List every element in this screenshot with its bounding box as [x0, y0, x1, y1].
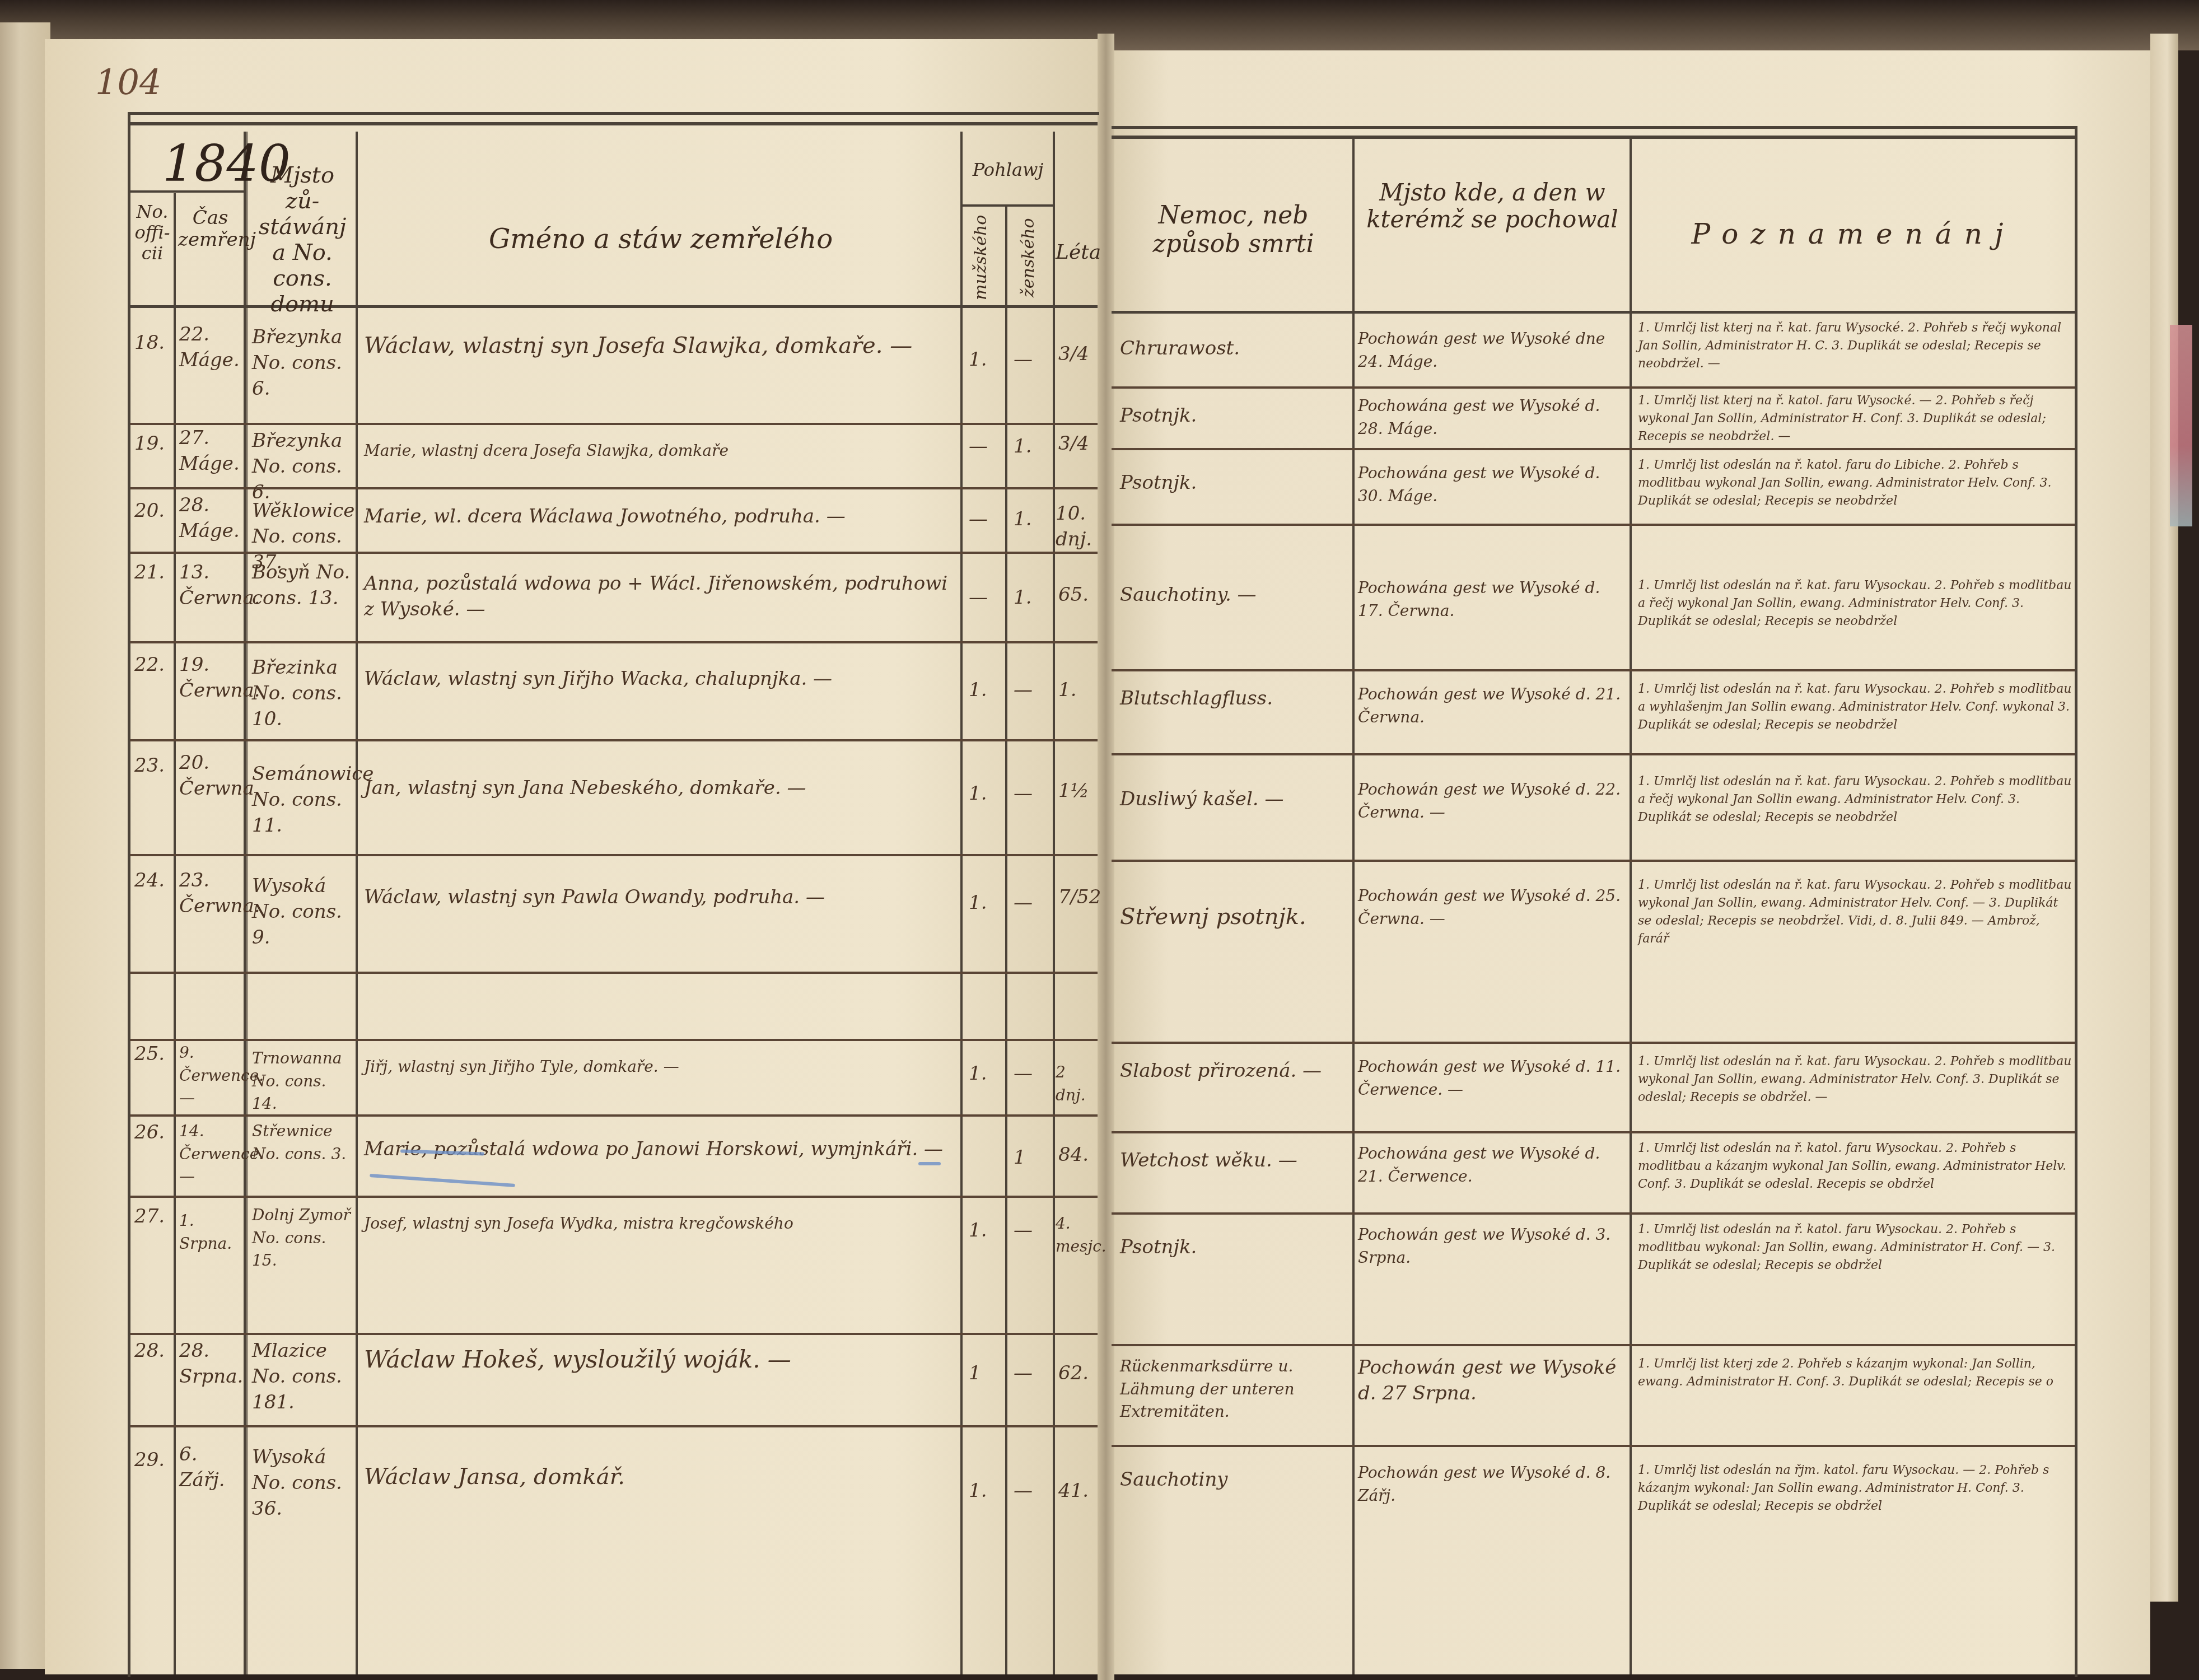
entry-name: Marie, wlastnj dcera Josefa Slawjka, dom… — [364, 440, 958, 463]
col-divider — [960, 132, 963, 1674]
right-top-rule — [1112, 136, 2075, 139]
entry-burial: Pochowán gest we Wysoké d. 11. Čerwence.… — [1358, 1056, 1627, 1101]
entry-male: 1. — [969, 347, 1002, 373]
entry-name: Marie, wl. dcera Wáclawa Jowotného, podr… — [364, 504, 958, 530]
entry-age: 3/4 — [1058, 342, 1095, 367]
entry-date: 27. Máge. — [179, 426, 244, 477]
entry-burial: Pochowán gest we Wysoké d. 27 Srpna. — [1358, 1355, 1627, 1407]
col-divider — [356, 132, 358, 1674]
entry-male: 1. — [969, 1218, 1002, 1244]
entry-female: 1. — [1014, 434, 1047, 460]
entry-age: 62. — [1058, 1361, 1095, 1387]
entry-cause: Psotnjk. — [1120, 470, 1350, 496]
row-rule — [130, 1039, 1098, 1041]
entry-male: — — [969, 434, 1002, 460]
entry-burial: Pochowána gest we Wysoké d. 30. Máge. — [1358, 462, 1627, 507]
entry-date: 23. Čerwna. — [179, 868, 244, 920]
left-top-rule — [130, 122, 1098, 125]
entry-cause: Sauchotiny — [1120, 1467, 1350, 1493]
header-notes: Poznamenánj — [1641, 218, 2066, 251]
entry-age: 3/4 — [1058, 431, 1095, 457]
entry-number: 21. — [134, 560, 174, 586]
row-rule — [1112, 1212, 2075, 1215]
entry-female: 1 — [1014, 1145, 1047, 1171]
entry-date: 22. Máge. — [179, 322, 244, 374]
entry-date: 9. Čerwence. — — [179, 1042, 244, 1110]
entry-burial: Pochowán gest we Wysoké d. 25. Čerwna. — — [1358, 885, 1627, 930]
entry-burial: Pochowán gest we Wysoké d. 8. Zářj. — [1358, 1462, 1627, 1507]
entry-burial: Pochowán gest we Wysoké d. 22. Čerwna. — — [1358, 778, 1627, 824]
row-rule — [1112, 524, 2075, 526]
entry-male: — — [969, 507, 1002, 533]
row-rule — [1112, 860, 2075, 862]
entry-place: Wysoká No. cons. 9. — [252, 874, 353, 951]
entry-male: 1. — [969, 781, 1002, 807]
entry-date: 20. Čerwna. — [179, 750, 244, 802]
entry-burial: Pochowána gest we Wysoké d. 21. Čerwence… — [1358, 1142, 1627, 1188]
entry-place: Březinka No. cons. 10. — [252, 655, 353, 732]
entry-number: 22. — [134, 652, 174, 678]
entry-cause: Wetchost wěku. — — [1120, 1148, 1350, 1174]
header-name: Gméno a stáw zemřelého — [364, 224, 958, 255]
entry-male: 1 — [969, 1361, 1002, 1387]
entry-notes: 1. Umrlčj list kterj na ř. katol. faru W… — [1638, 392, 2075, 446]
col-divider — [174, 193, 176, 1674]
entry-number: 23. — [134, 753, 174, 779]
entry-place: Trnowanna No. cons. 14. — [252, 1047, 353, 1116]
row-rule — [130, 423, 1098, 425]
entry-male: 1. — [969, 1478, 1002, 1504]
entry-name: Josef, wlastnj syn Josefa Wydka, mistra … — [364, 1212, 958, 1235]
entry-notes: 1. Umrlčj list kterj zde 2. Pohřeb s káz… — [1638, 1355, 2075, 1391]
entry-male: 1. — [969, 1061, 1002, 1087]
header-burial: Mjsto kde, a den w kterémž se pochowal — [1358, 179, 1627, 234]
entry-male: — — [969, 585, 1002, 611]
entry-female: — — [1014, 890, 1047, 916]
entry-female: 1. — [1014, 585, 1047, 611]
entry-date: 6. Zářj. — [179, 1442, 244, 1494]
row-rule — [1112, 669, 2075, 671]
entry-female: — — [1014, 1361, 1047, 1387]
entry-notes: 1. Umrlčj list odeslán na ř. katol. faru… — [1638, 1221, 2075, 1275]
entry-number: 27. — [134, 1204, 174, 1230]
entry-age: 41. — [1058, 1478, 1095, 1504]
page-number: 104 — [95, 62, 161, 102]
entry-date: 28. Srpna. — [179, 1338, 244, 1390]
header-time: Čas zemřenj — [178, 207, 242, 251]
entry-age: 1. — [1058, 678, 1095, 703]
entry-date: 14. Čerwence. — — [179, 1120, 244, 1188]
entry-notes: 1. Umrlčj list odeslán na ř. kat. faru W… — [1638, 680, 2075, 734]
entry-age: 10. dnj. — [1056, 501, 1095, 553]
left-page-stack — [0, 22, 50, 1669]
entry-cause: Psotnjk. — [1120, 1235, 1350, 1261]
entry-name: Wáclaw, wlastnj syn Josefa Slawjka, domk… — [364, 330, 958, 361]
entry-date: 13. Čerwna. — [179, 560, 244, 612]
entry-notes: 1. Umrlčj list odeslán na ř. katol. faru… — [1638, 456, 2075, 510]
entry-place: Březynka No. cons. 6. — [252, 325, 353, 402]
entry-cause: Dusliwý kašel. — — [1120, 787, 1350, 813]
entry-age: 84. — [1058, 1142, 1095, 1168]
header-bottom-rule — [1112, 311, 2075, 314]
entry-name: Wáclaw Jansa, domkář. — [364, 1462, 958, 1492]
entry-number: 25. — [134, 1042, 174, 1067]
row-rule — [130, 854, 1098, 856]
entry-cause: Psotnjk. — [1120, 403, 1350, 429]
entry-female: — — [1014, 347, 1047, 373]
header-number: No. offi-cii — [132, 202, 172, 263]
entry-cause: Sauchotiny. — — [1120, 582, 1350, 608]
row-rule — [1112, 386, 2075, 389]
entry-burial: Pochowána gest we Wysoké d. 17. Čerwna. — [1358, 577, 1627, 622]
entry-female: — — [1014, 781, 1047, 807]
entry-male: 1. — [969, 678, 1002, 703]
entry-name: Jiřj, wlastnj syn Jiřjho Tyle, domkaře. … — [364, 1056, 958, 1079]
entry-female: — — [1014, 1061, 1047, 1087]
entry-place: Střewnice No. cons. 3. — [252, 1120, 353, 1165]
entry-place: Mlazice No. cons. 181. — [252, 1338, 353, 1416]
row-rule — [1112, 1445, 2075, 1447]
entry-male: 1. — [969, 890, 1002, 916]
entry-name: Wáclaw Hokeš, wysloužilý woják. — — [364, 1344, 958, 1376]
col-divider — [1630, 137, 1632, 1674]
col-divider — [1352, 137, 1355, 1674]
row-rule — [130, 1333, 1098, 1335]
col-divider — [1053, 132, 1055, 1674]
row-rule — [130, 739, 1098, 741]
row-rule — [1112, 1131, 2075, 1133]
row-rule — [1112, 1344, 2075, 1346]
entry-cause: Slabost přirozená. — — [1120, 1058, 1350, 1084]
entry-cause: Střewnj psotnjk. — [1120, 902, 1350, 932]
entry-burial: Pochowán gest we Wysoké dne 24. Máge. — [1358, 328, 1627, 373]
right-page-stack — [2150, 34, 2178, 1602]
header-cause: Nemoc, neb způsob smrti — [1117, 202, 1350, 258]
entry-number: 19. — [134, 431, 174, 457]
entry-name: Marie, pozůstalá wdowa po Janowi Horskow… — [364, 1137, 958, 1163]
header-male: mužského — [972, 213, 991, 302]
header-divider — [960, 204, 1053, 207]
row-rule — [130, 641, 1098, 643]
entry-age: 2 dnj. — [1056, 1061, 1095, 1107]
open-register-book: 104 1840 No. offi-cii Čas zemřenj Mjsto … — [0, 0, 2199, 1680]
bookmark-ribbon — [2170, 325, 2192, 526]
entry-name: Anna, pozůstalá wdowa po + Wácl. Jiřenow… — [364, 571, 958, 623]
entry-number: 28. — [134, 1338, 174, 1364]
entry-age: 4. mesjc. — [1056, 1212, 1095, 1258]
blue-pencil-underline — [918, 1162, 941, 1165]
entry-number: 18. — [134, 330, 174, 356]
header-gender: Pohlawj — [963, 160, 1053, 180]
entry-number: 29. — [134, 1448, 174, 1473]
entry-female: 1. — [1014, 507, 1047, 533]
entry-female: — — [1014, 678, 1047, 703]
entry-place: Semánowice No. cons. 11. — [252, 762, 353, 839]
entry-age: 7/52 — [1058, 885, 1095, 911]
entry-place: Březynka No. cons. 6. — [252, 428, 353, 506]
entry-notes: 1. Umrlčj list odeslán na ř. katol. faru… — [1638, 1140, 2075, 1193]
entry-burial: Pochowána gest we Wysoké d. 28. Máge. — [1358, 395, 1627, 440]
entry-date: 1. Srpna. — [179, 1210, 244, 1255]
entry-place: Bosyň No. cons. 13. — [252, 560, 353, 612]
entry-notes: 1. Umrlčj list odeslán na řjm. katol. fa… — [1638, 1462, 2075, 1515]
entry-number: 20. — [134, 498, 174, 524]
entry-place: Dolnj Zymoř No. cons. 15. — [252, 1204, 353, 1272]
entry-notes: 1. Umrlčj list kterj na ř. kat. faru Wys… — [1638, 319, 2075, 373]
entry-notes: 1. Umrlčj list odeslán na ř. kat. faru W… — [1638, 876, 2075, 948]
entry-burial: Pochowán gest we Wysoké d. 21. Čerwna. — [1358, 683, 1627, 729]
entry-name: Wáclaw, wlastnj syn Pawla Owandy, podruh… — [364, 885, 958, 911]
entry-cause: Chrurawost. — [1120, 336, 1350, 362]
entry-name: Wáclaw, wlastnj syn Jiřjho Wacka, chalup… — [364, 666, 958, 692]
entry-age: 1½ — [1058, 778, 1095, 804]
header-age: Léta — [1056, 241, 1095, 264]
entry-date: 19. Čerwna. — [179, 652, 244, 704]
entry-number: 24. — [134, 868, 174, 894]
row-rule — [1112, 1042, 2075, 1044]
header-place: Mjsto zů-stáwánj a No. cons. domu — [252, 162, 353, 317]
row-rule — [130, 1425, 1098, 1427]
entry-cause: Rückenmarksdürre u. Lähmung der unteren … — [1120, 1355, 1350, 1424]
entry-date: 28. Máge. — [179, 493, 244, 544]
entry-burial: Pochowán gest we Wysoké d. 3. Srpna. — [1358, 1224, 1627, 1269]
entry-cause: Blutschlagfluss. — [1120, 686, 1350, 712]
entry-notes: 1. Umrlčj list odeslán na ř. kat. faru W… — [1638, 1053, 2075, 1107]
entry-notes: 1. Umrlčj list odeslán na ř. kat. faru W… — [1638, 577, 2075, 631]
entry-notes: 1. Umrlčj list odeslán na ř. kat. faru W… — [1638, 773, 2075, 827]
entry-number: 26. — [134, 1120, 174, 1146]
header-female: ženského — [1019, 213, 1039, 302]
entry-female: — — [1014, 1218, 1047, 1244]
entry-female: — — [1014, 1478, 1047, 1504]
row-rule — [1112, 448, 2075, 450]
entry-name: Jan, wlastnj syn Jana Nebeského, domkaře… — [364, 776, 958, 801]
row-rule — [1112, 753, 2075, 755]
row-rule — [130, 1196, 1098, 1198]
entry-place: Wysoká No. cons. 36. — [252, 1445, 353, 1522]
entry-age: 65. — [1058, 582, 1095, 608]
row-rule — [130, 972, 1098, 974]
